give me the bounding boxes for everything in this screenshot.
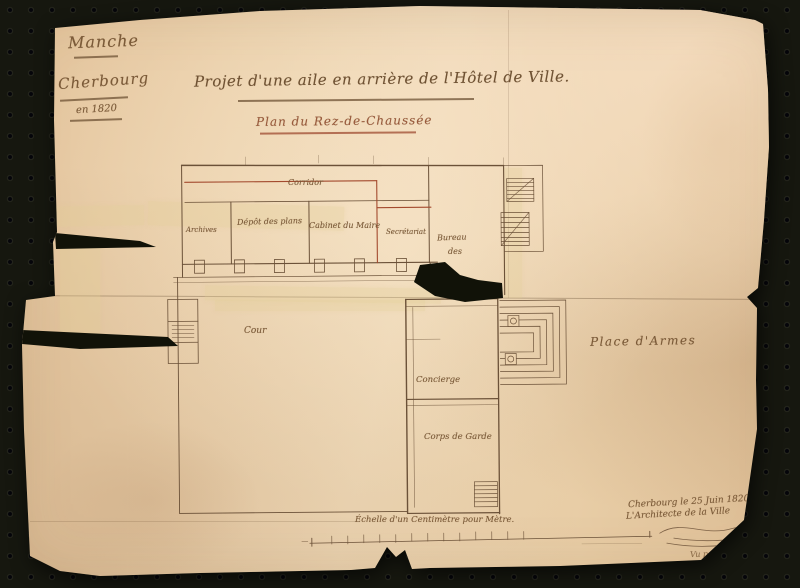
right-boundary-wall bbox=[498, 291, 500, 514]
room-label-bureau-line1: Bureau bbox=[437, 232, 467, 242]
signature-approval: Vu par le Maire bbox=[690, 548, 753, 559]
room-label-bureau-line2: des bbox=[448, 247, 462, 256]
plan-subtitle: Plan du Rez-de-Chaussée bbox=[256, 113, 433, 129]
room-label-cabinet: Cabinet du Maire bbox=[309, 221, 380, 230]
stamp-year: en 1820 bbox=[76, 103, 118, 116]
main-wing-walls bbox=[172, 154, 504, 283]
room-label-depot: Dépôt des plans bbox=[237, 216, 302, 227]
photo-of-archival-plan: Manche Cherbourg en 1820 Projet d'une ai… bbox=[0, 0, 800, 588]
area-label-place-darmes: Place d'Armes bbox=[590, 333, 696, 349]
room-label-corridor: Corridor bbox=[288, 178, 323, 187]
room-label-archives: Archives bbox=[186, 226, 217, 234]
paper-sheet-wrapper: Manche Cherbourg en 1820 Projet d'une ai… bbox=[0, 0, 800, 588]
grand-entrance-steps bbox=[500, 300, 567, 385]
room-label-concierge: Concierge bbox=[416, 375, 460, 385]
upper-right-stairs bbox=[501, 165, 544, 251]
left-outbuilding bbox=[168, 299, 199, 363]
guardroom-stair bbox=[474, 482, 497, 507]
courtyard-boundary bbox=[178, 275, 408, 513]
concierge-building-walls bbox=[406, 299, 500, 514]
room-label-secretariat: Secrétariat bbox=[386, 228, 426, 236]
area-label-cour: Cour bbox=[244, 326, 266, 336]
aged-paper-sheet: Manche Cherbourg en 1820 Projet d'une ai… bbox=[0, 0, 800, 588]
room-label-corps-de-garde: Corps de Garde bbox=[424, 432, 492, 442]
scale-caption: Échelle d'un Centimètre pour Mètre. bbox=[355, 515, 514, 525]
stamp-region: Manche bbox=[68, 31, 140, 52]
